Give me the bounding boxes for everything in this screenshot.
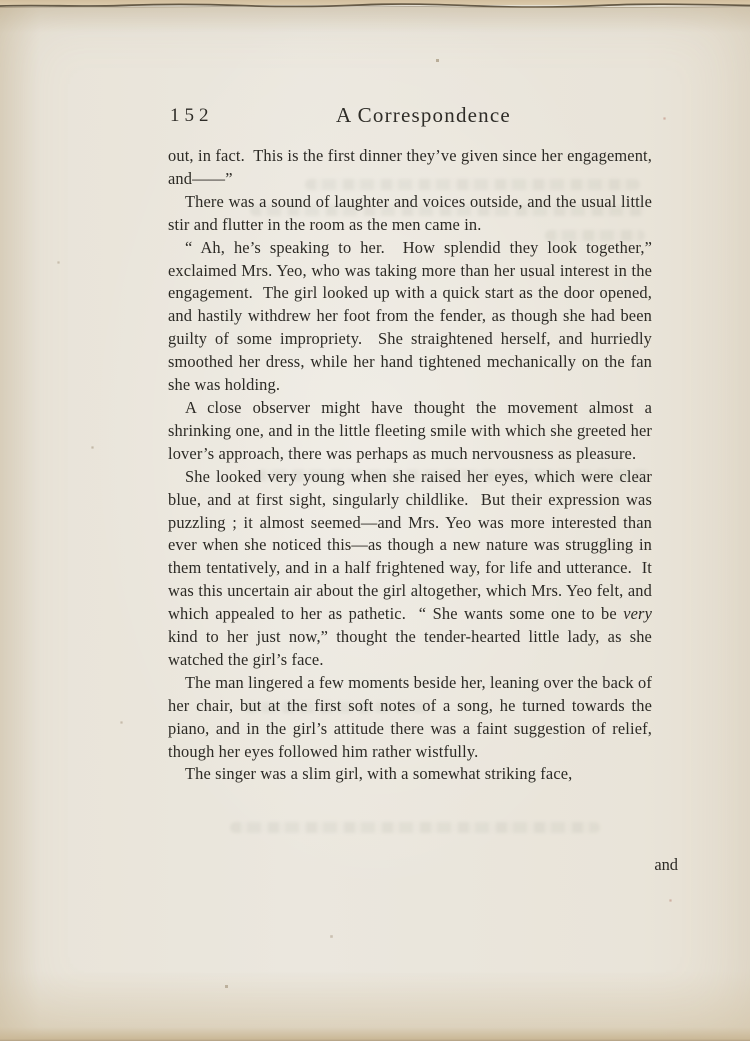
catchword: and [168, 855, 678, 875]
emphasized-word: very [623, 604, 652, 623]
text-segment: kind to her just now,” thought the tende… [168, 627, 652, 669]
text-segment: out, in fact. This is the first dinner t… [168, 146, 652, 188]
paragraph: She looked very young when she raised he… [168, 466, 652, 672]
body-text: out, in fact. This is the first dinner t… [168, 145, 652, 786]
text-segment: She looked very young when she raised he… [168, 467, 652, 623]
paragraph: A close observer might have thought the … [168, 397, 652, 466]
text-segment: The singer was a slim girl, with a somew… [185, 764, 572, 783]
running-head: 152 A Correspondence [168, 103, 652, 131]
running-title: A Correspondence [336, 103, 511, 128]
paragraph: There was a sound of laughter and voices… [168, 191, 652, 237]
text-segment: There was a sound of laughter and voices… [168, 192, 652, 234]
paragraph: The singer was a slim girl, with a somew… [168, 763, 652, 786]
paragraph: “ Ah, he’s speaking to her. How splendid… [168, 237, 652, 397]
top-edge-shadow [0, 7, 750, 33]
paper-specks [0, 0, 1, 1]
text-segment: “ Ah, he’s speaking to her. How splendid… [168, 238, 652, 394]
page-bottom-edge [0, 971, 750, 1041]
text-segment: A close observer might have thought the … [168, 398, 652, 463]
text-segment: The man lingered a few moments beside he… [168, 673, 652, 761]
scanned-book-page: { "page": { "page_number": "152", "runni… [0, 0, 750, 1041]
page-number: 152 [170, 105, 214, 127]
ink-showthrough [230, 822, 600, 833]
paragraph: The man lingered a few moments beside he… [168, 672, 652, 764]
paragraph: out, in fact. This is the first dinner t… [168, 145, 652, 191]
